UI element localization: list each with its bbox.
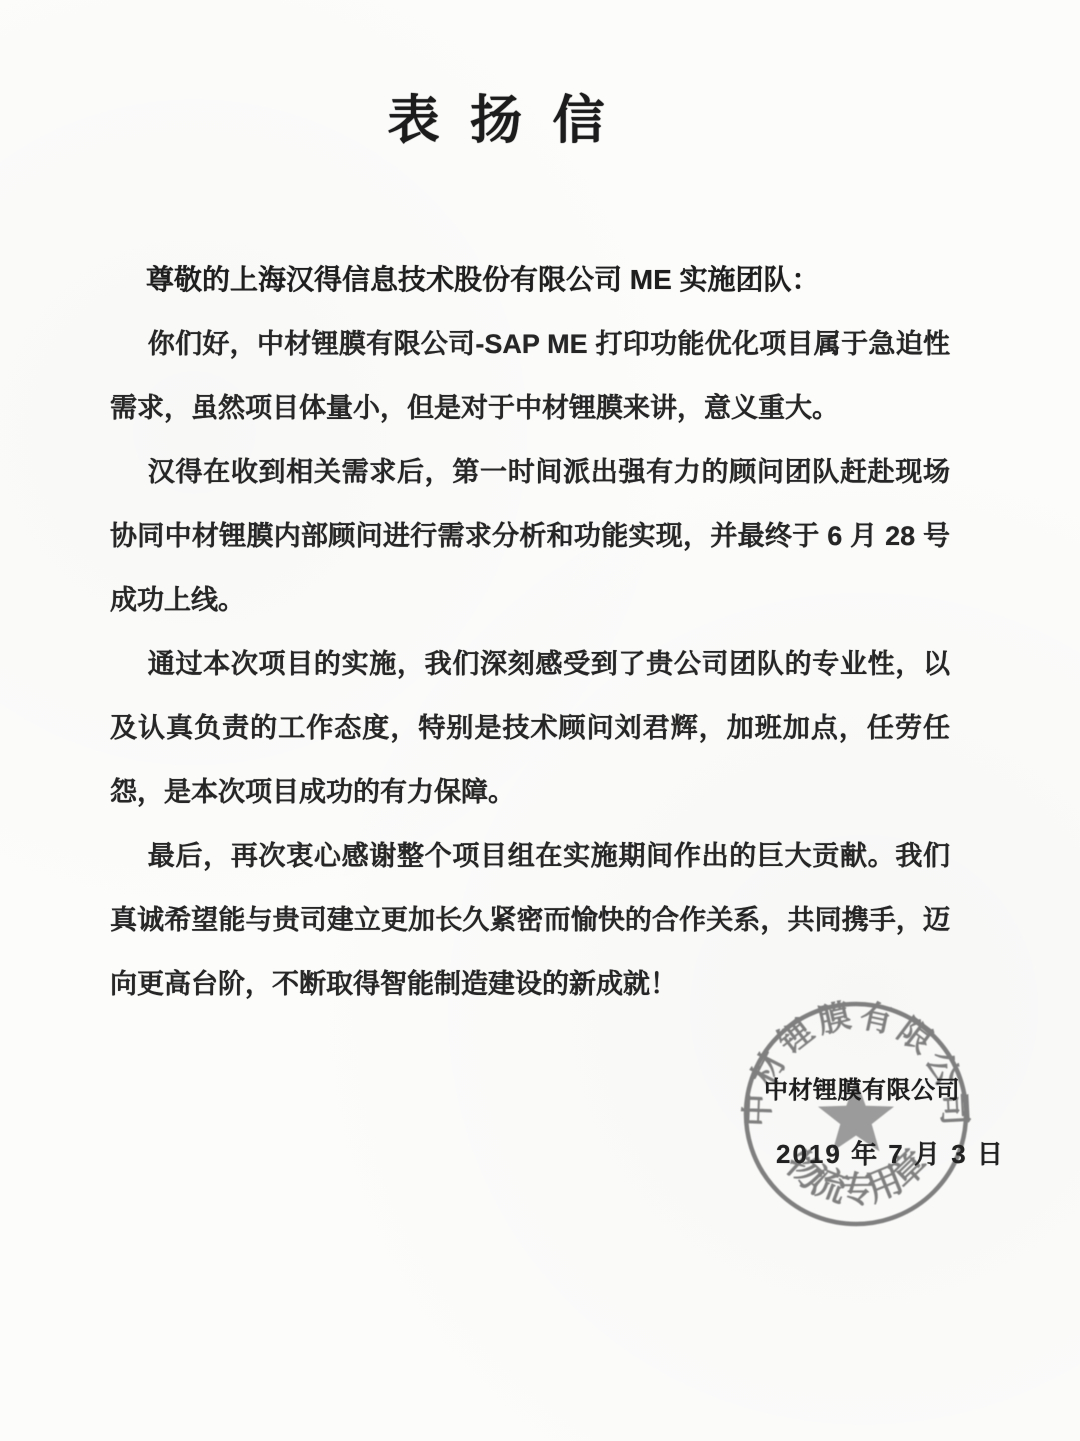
signature-date: 2019 年 7 月 3 日 — [776, 1134, 1005, 1171]
letter-title: 表 扬 信 — [0, 0, 1040, 154]
letter-salutation: 尊敬的上海汉得信息技术股份有限公司 ME 实施团队： — [110, 248, 950, 312]
letter-paragraph: 汉得在收到相关需求后，第一时间派出强有力的顾问团队赶赴现场协同中材锂膜内部顾问进… — [110, 440, 950, 632]
letter-paragraph: 你们好，中材锂膜有限公司-SAP ME 打印功能优化项目属于急迫性需求，虽然项目… — [110, 312, 950, 440]
letter-paragraph: 最后，再次衷心感谢整个项目组在实施期间作出的巨大贡献。我们真诚希望能与贵司建立更… — [110, 824, 950, 1016]
letter-body: 尊敬的上海汉得信息技术股份有限公司 ME 实施团队： 你们好，中材锂膜有限公司-… — [110, 248, 950, 1016]
letter-paragraph: 通过本次项目的实施，我们深刻感受到了贵公司团队的专业性，以及认真负责的工作态度，… — [110, 632, 950, 824]
stamp-svg: 中材锂膜有限公司 物流专用章 — [740, 998, 972, 1230]
company-seal-stamp: 中材锂膜有限公司 物流专用章 — [740, 998, 972, 1230]
signature-company-name: 中材锂膜有限公司 — [764, 1070, 960, 1105]
scanned-letter-page: 表 扬 信 尊敬的上海汉得信息技术股份有限公司 ME 实施团队： 你们好，中材锂… — [0, 0, 1080, 1441]
